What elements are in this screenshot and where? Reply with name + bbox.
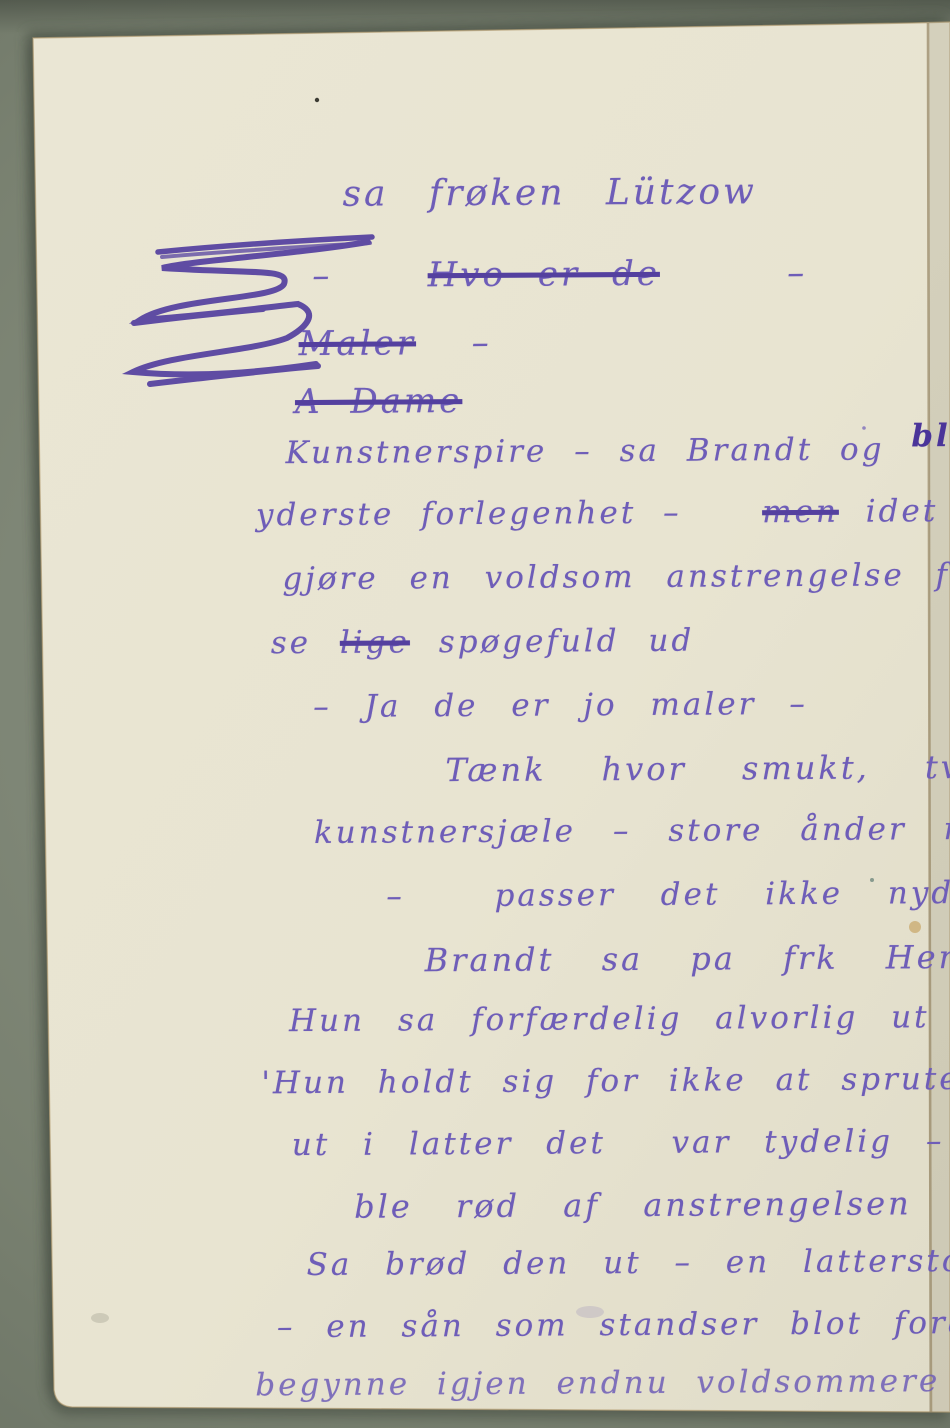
inserted-correction-text: ble bbox=[911, 418, 950, 454]
manuscript-line-20: begynne igjen endnu voldsommere bbox=[94, 1335, 941, 1428]
handwritten-text: yderste forlegenhet – bbox=[256, 494, 762, 533]
struck-text: Hvo er de bbox=[428, 254, 660, 295]
handwritten-text: – passer det ikke nydelig ? bbox=[386, 874, 950, 914]
handwritten-text: idet han bbox=[839, 493, 950, 530]
handwritten-text: sa frøken Lützow bbox=[342, 171, 757, 215]
handwritten-text: gjøre en voldsom anstrengelse forat bbox=[282, 557, 950, 598]
handwritten-text: begynne igjen endnu voldsommere bbox=[255, 1363, 940, 1403]
handwritten-text: se bbox=[271, 625, 340, 661]
handwritten-text: – bbox=[312, 255, 428, 296]
struck-text: men bbox=[762, 494, 839, 530]
struck-text: lige bbox=[340, 624, 410, 660]
handwritten-text: – bbox=[660, 253, 807, 294]
handwritten-text: kunstnersjæle – store ånder mødes bbox=[314, 810, 950, 851]
handwriting-layer: sa frøken Lützow – Hvo er de – Maler – A… bbox=[0, 0, 950, 1428]
handwritten-text: – Ja de er jo maler – bbox=[313, 686, 808, 725]
handwritten-text: spøgefuld ud bbox=[410, 623, 695, 661]
manuscript-page: sa frøken Lützow – Hvo er de – Maler – A… bbox=[0, 0, 950, 1428]
